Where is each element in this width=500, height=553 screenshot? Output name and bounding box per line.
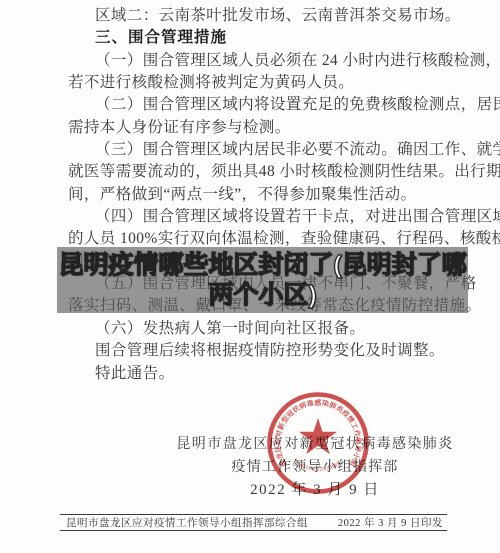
body-line: （三）围合管理区域内居民非必要不流动。确因工作、就学、: [68, 139, 453, 161]
caption-title-line-1: 昆明疫情哪些地区封闭了(昆明封了哪: [58, 250, 466, 280]
body-line: 区域二：云南茶叶批发市场、云南普洱茶交易市场。: [68, 5, 453, 27]
body-line: 若不进行核酸检测将被判定为黄码人员。: [68, 72, 453, 94]
document-page: 区域二：云南茶叶批发市场、云南普洱茶交易市场。 三、围合管理措施 （一）围合管理…: [0, 0, 500, 553]
section-heading: 三、围合管理措施: [68, 27, 453, 49]
official-seal-icon: 昆明市盘龙区应对新型冠状病毒感染肺炎疫情工作领导小组指挥部 5301020244…: [265, 390, 371, 496]
body-line: （六）发热病人第一时间向社区报备。: [68, 318, 453, 340]
body-line: 就医等需要流动的，须出具48 小时核酸检测阴性结果。出行期: [68, 161, 453, 183]
body-line: 特此通告。: [68, 363, 453, 385]
body-line: （四）围合管理区域将设置若干卡点，对进出围合管理区域: [68, 206, 453, 228]
footer-imprint-bar: 昆明市盘龙区应对疫情工作领导小组指挥部综合组 2022 年 3 月 9 日印发: [60, 514, 447, 531]
seal-ring-text: 昆明市盘龙区应对新型冠状病毒感染肺炎疫情工作领导小组指挥部: [265, 390, 363, 469]
caption-title-line-2: 两个小区): [208, 280, 316, 310]
body-line: 围合管理后续将根据疫情防控形势变化及时调整。: [68, 340, 453, 362]
footer-date-issued: 2022 年 3 月 9 日印发: [338, 515, 443, 530]
body-line: （二）围合管理区域内将设置充足的免费核酸检测点，居民: [68, 94, 453, 116]
caption-overlay-banner: 昆明疫情哪些地区封闭了(昆明封了哪 两个小区): [57, 247, 468, 313]
body-line: 间，严格做到“两点一线”，不得参加聚集性活动。: [68, 184, 453, 206]
body-line: （一）围合管理区域人员必须在 24 小时内进行核酸检测，: [68, 50, 453, 72]
notice-body: 区域二：云南茶叶批发市场、云南普洱茶交易市场。 三、围合管理措施 （一）围合管理…: [68, 5, 453, 385]
seal-star-icon: [299, 418, 337, 454]
svg-text:5301020244858: 5301020244858: [294, 460, 343, 473]
footer-issuer: 昆明市盘龙区应对疫情工作领导小组指挥部综合组: [66, 515, 308, 530]
svg-text:昆明市盘龙区应对新型冠状病毒感染肺炎疫情工作领导小组指挥部: 昆明市盘龙区应对新型冠状病毒感染肺炎疫情工作领导小组指挥部: [265, 390, 363, 469]
seal-code: 5301020244858: [294, 460, 343, 473]
body-line: 需持本人身份证有序参与检测。: [68, 117, 453, 139]
